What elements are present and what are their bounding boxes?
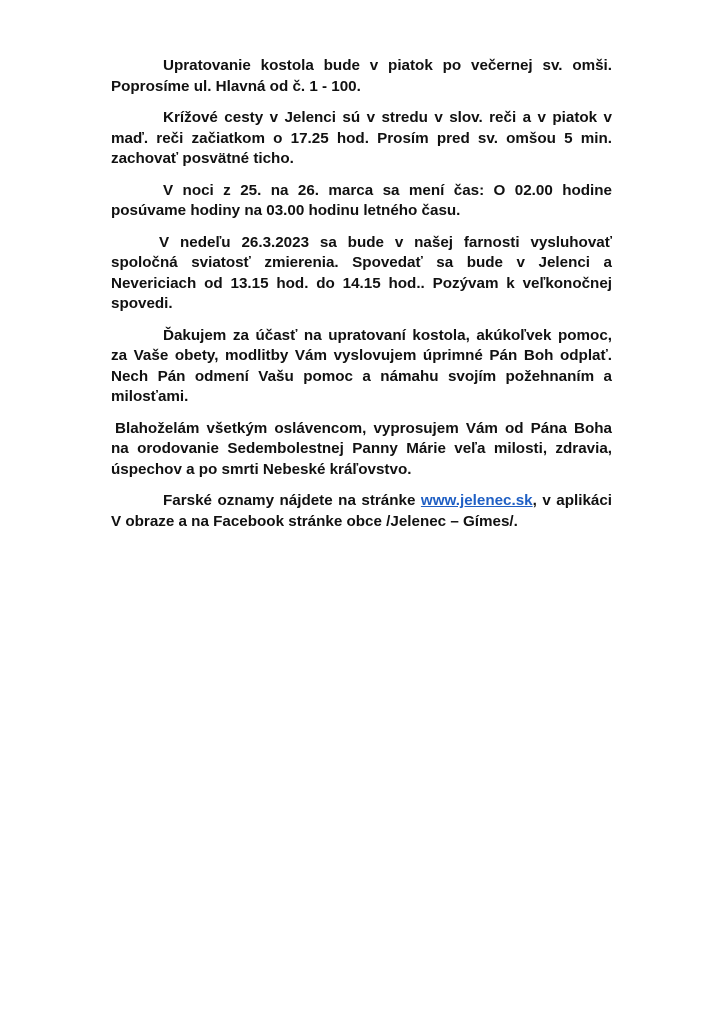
website-link[interactable]: www.jelenec.sk: [421, 492, 533, 509]
document-page: Upratovanie kostola bude v piatok po več…: [111, 56, 612, 543]
paragraph-announcements-info: Farské oznamy nájdete na stránke www.jel…: [111, 491, 612, 532]
announcements-text-before: Farské oznamy nájdete na stránke: [163, 492, 421, 509]
paragraph-congratulations: Blahoželám všetkým oslávencom, vyprosuje…: [111, 419, 612, 481]
paragraph-church-cleaning: Upratovanie kostola bude v piatok po več…: [111, 56, 612, 97]
paragraph-stations-of-cross: Krížové cesty v Jelenci sú v stredu v sl…: [111, 108, 612, 170]
paragraph-confession: V nedeľu 26.3.2023 sa bude v našej farno…: [111, 233, 612, 315]
paragraph-time-change: V noci z 25. na 26. marca sa mení čas: O…: [111, 181, 612, 222]
paragraph-thanks: Ďakujem za účasť na upratovaní kostola, …: [111, 326, 612, 408]
